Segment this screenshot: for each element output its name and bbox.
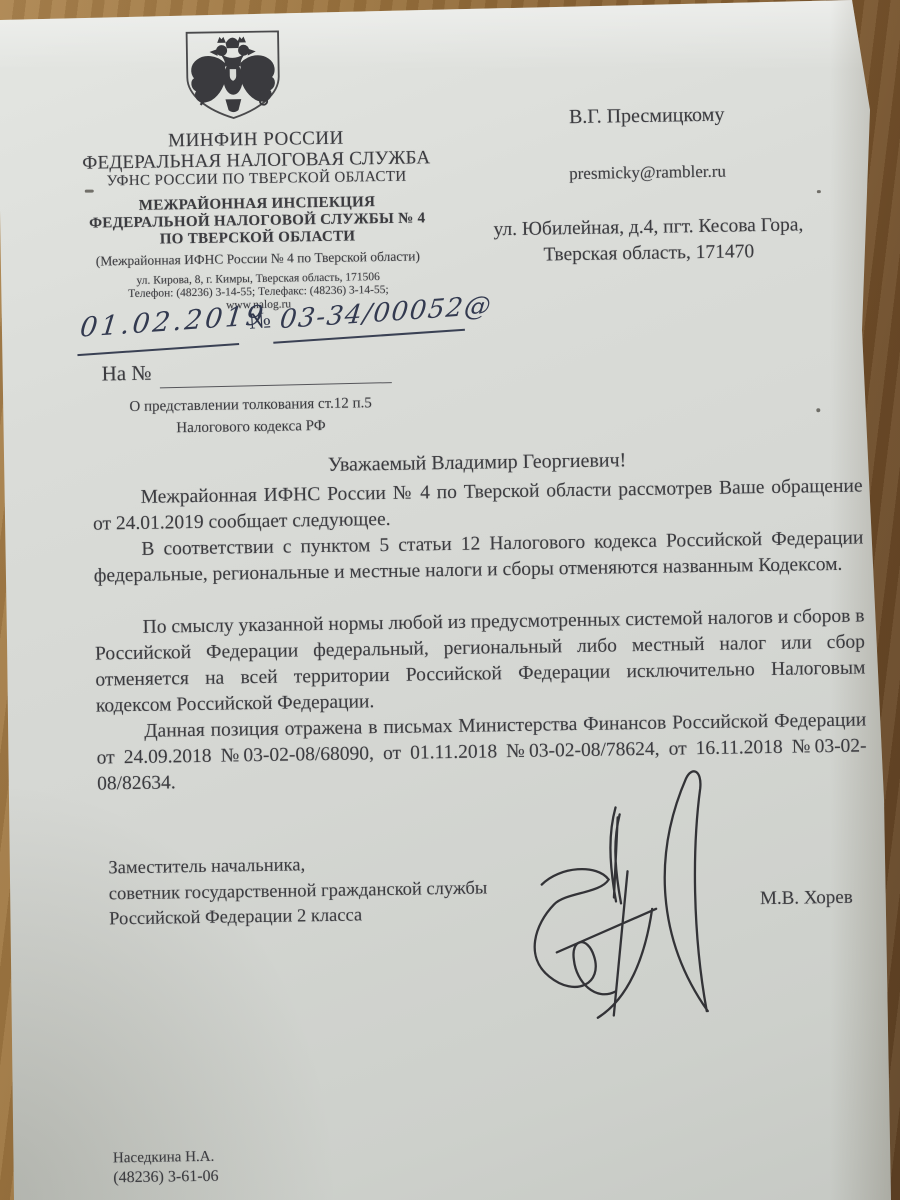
reply-to-blank-line bbox=[160, 382, 392, 388]
body-paragraph-3: По смыслу указанной нормы любой из преду… bbox=[94, 604, 866, 720]
recipient-email: presmicky@rambler.ru bbox=[477, 160, 817, 185]
body-paragraph-2: В соответствии с пунктом 5 статьи 12 Нал… bbox=[93, 526, 864, 590]
reply-to-label: На № bbox=[101, 361, 151, 387]
executor-phone: (48236) 3-61-06 bbox=[113, 1167, 219, 1189]
handwritten-signature bbox=[474, 758, 738, 1024]
photo-of-letter: МИНФИН РОССИИ ФЕДЕРАЛЬНАЯ НАЛОГОВАЯ СЛУЖ… bbox=[0, 0, 900, 1200]
paper-speck bbox=[85, 190, 94, 193]
recipient-address-line2: Тверская область, 171470 bbox=[479, 240, 819, 267]
number-sign: № bbox=[248, 307, 272, 334]
subject-line-2: Налогового кодекса РФ bbox=[103, 415, 398, 441]
executor-block: Наседкина Н.А. (48236) 3-61-06 bbox=[113, 1147, 219, 1189]
date-underline bbox=[77, 343, 239, 356]
inspection-short-name: (Межрайонная ИФНС России № 4 по Тверской… bbox=[78, 248, 438, 269]
recipient-address-line1: ул. Юбилейная, д.4, пгт. Кесова Гора, bbox=[478, 214, 818, 241]
subject-block: О представлении толкования ст.12 п.5 Нал… bbox=[103, 393, 399, 441]
paper-speck bbox=[817, 190, 821, 193]
signer-position-block: Заместитель начальника, советник государ… bbox=[108, 850, 488, 932]
subject-line-1: О представлении толкования ст.12 п.5 bbox=[103, 393, 398, 419]
coat-of-arms-emblem bbox=[176, 28, 289, 126]
recipient-name: В.Г. Пресмицкому bbox=[477, 102, 817, 130]
signer-name: М.В. Хорев bbox=[760, 887, 853, 910]
letter-content: МИНФИН РОССИИ ФЕДЕРАЛЬНАЯ НАЛОГОВАЯ СЛУЖ… bbox=[0, 0, 900, 1200]
paper-speck bbox=[816, 408, 820, 412]
executor-name: Наседкина Н.А. bbox=[113, 1147, 219, 1169]
signer-position-line-3: Российской Федерации 2 класса bbox=[109, 901, 488, 932]
letter-paper-sheet: МИНФИН РОССИИ ФЕДЕРАЛЬНАЯ НАЛОГОВАЯ СЛУЖ… bbox=[0, 0, 900, 1200]
